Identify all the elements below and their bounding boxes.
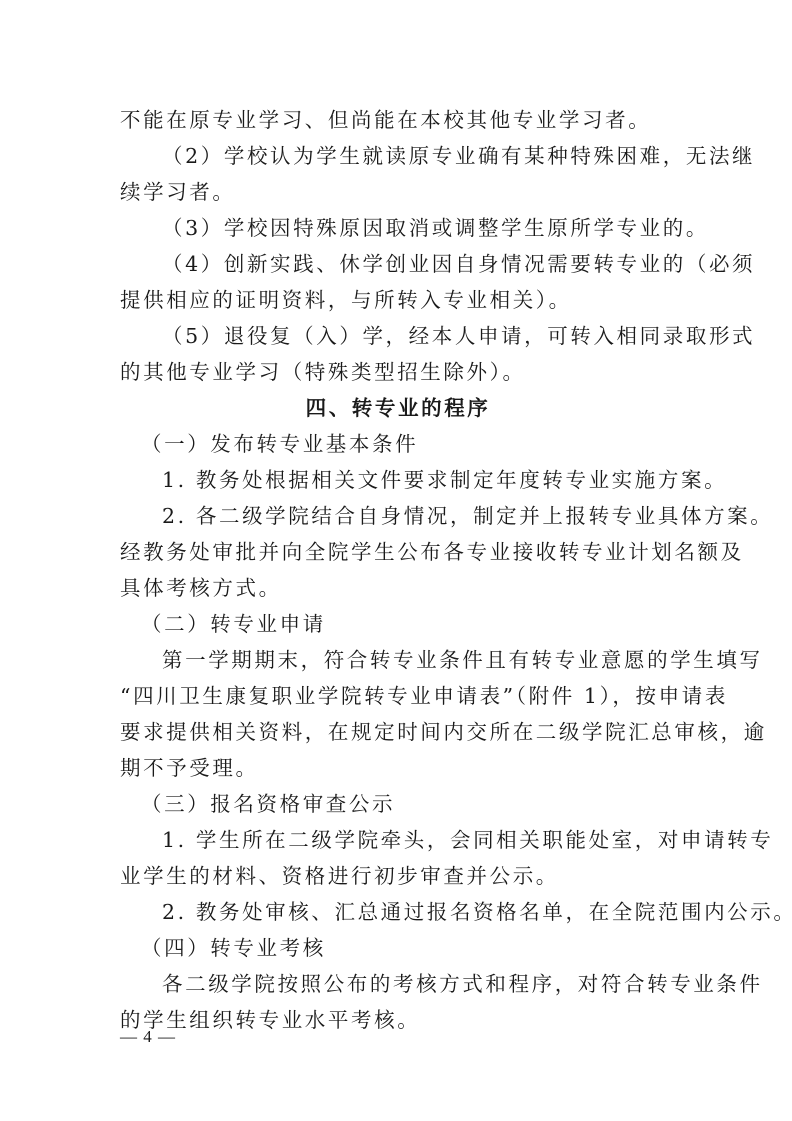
paragraph-line: 期不予受理。 xyxy=(120,750,676,786)
subsection-heading-3: （三）报名资格审查公示 xyxy=(141,786,676,822)
paragraph-line: 具体考核方式。 xyxy=(120,570,676,606)
paragraph-line: 各二级学院按照公布的考核方式和程序，对符合转专业条件 xyxy=(162,966,676,1002)
paragraph-line: 业学生的材料、资格进行初步审查并公示。 xyxy=(120,858,676,894)
subsection-heading-1: （一）发布转专业基本条件 xyxy=(141,426,676,462)
subsection-heading-2: （二）转专业申请 xyxy=(141,606,676,642)
paragraph-line: 的其他专业学习（特殊类型招生除外）。 xyxy=(120,354,676,390)
section-heading: 四、转专业的程序 xyxy=(120,390,676,426)
page-number: — 4 — xyxy=(120,1025,176,1049)
numbered-item: 2. 教务处审核、汇总通过报名资格名单，在全院范围内公示。 xyxy=(162,894,676,930)
list-item-5: （5）退役复（入）学，经本人申请，可转入相同录取形式 xyxy=(162,318,676,354)
numbered-item: 1. 教务处根据相关文件要求制定年度转专业实施方案。 xyxy=(162,462,676,498)
paragraph-line: 第一学期期末，符合转专业条件且有转专业意愿的学生填写 xyxy=(162,642,676,678)
numbered-item: 2. 各二级学院结合自身情况，制定并上报转专业具体方案。 xyxy=(162,498,676,534)
subsection-heading-4: （四）转专业考核 xyxy=(141,930,676,966)
list-item-2: （2）学校认为学生就读原专业确有某种特殊困难，无法继 xyxy=(162,138,676,174)
list-item-4: （4）创新实践、休学创业因自身情况需要转专业的（必须 xyxy=(162,246,676,282)
document-page: 不能在原专业学习、但尚能在本校其他专业学习者。 （2）学校认为学生就读原专业确有… xyxy=(0,0,792,1121)
paragraph-line: 提供相应的证明资料，与所转入专业相关）。 xyxy=(120,282,676,318)
paragraph-line: 不能在原专业学习、但尚能在本校其他专业学习者。 xyxy=(120,102,676,138)
paragraph-line: 经教务处审批并向全院学生公布各专业接收转专业计划名额及 xyxy=(120,534,676,570)
list-item-3: （3）学校因特殊原因取消或调整学生原所学专业的。 xyxy=(162,210,676,246)
paragraph-line: 要求提供相关资料，在规定时间内交所在二级学院汇总审核，逾 xyxy=(120,714,676,750)
numbered-item: 1. 学生所在二级学院牵头，会同相关职能处室，对申请转专 xyxy=(162,822,676,858)
paragraph-line: 续学习者。 xyxy=(120,174,676,210)
paragraph-line: “四川卫生康复职业学院转专业申请表”（附件 1），按申请表 xyxy=(120,678,676,714)
paragraph-line: 的学生组织转专业水平考核。 xyxy=(120,1002,676,1038)
